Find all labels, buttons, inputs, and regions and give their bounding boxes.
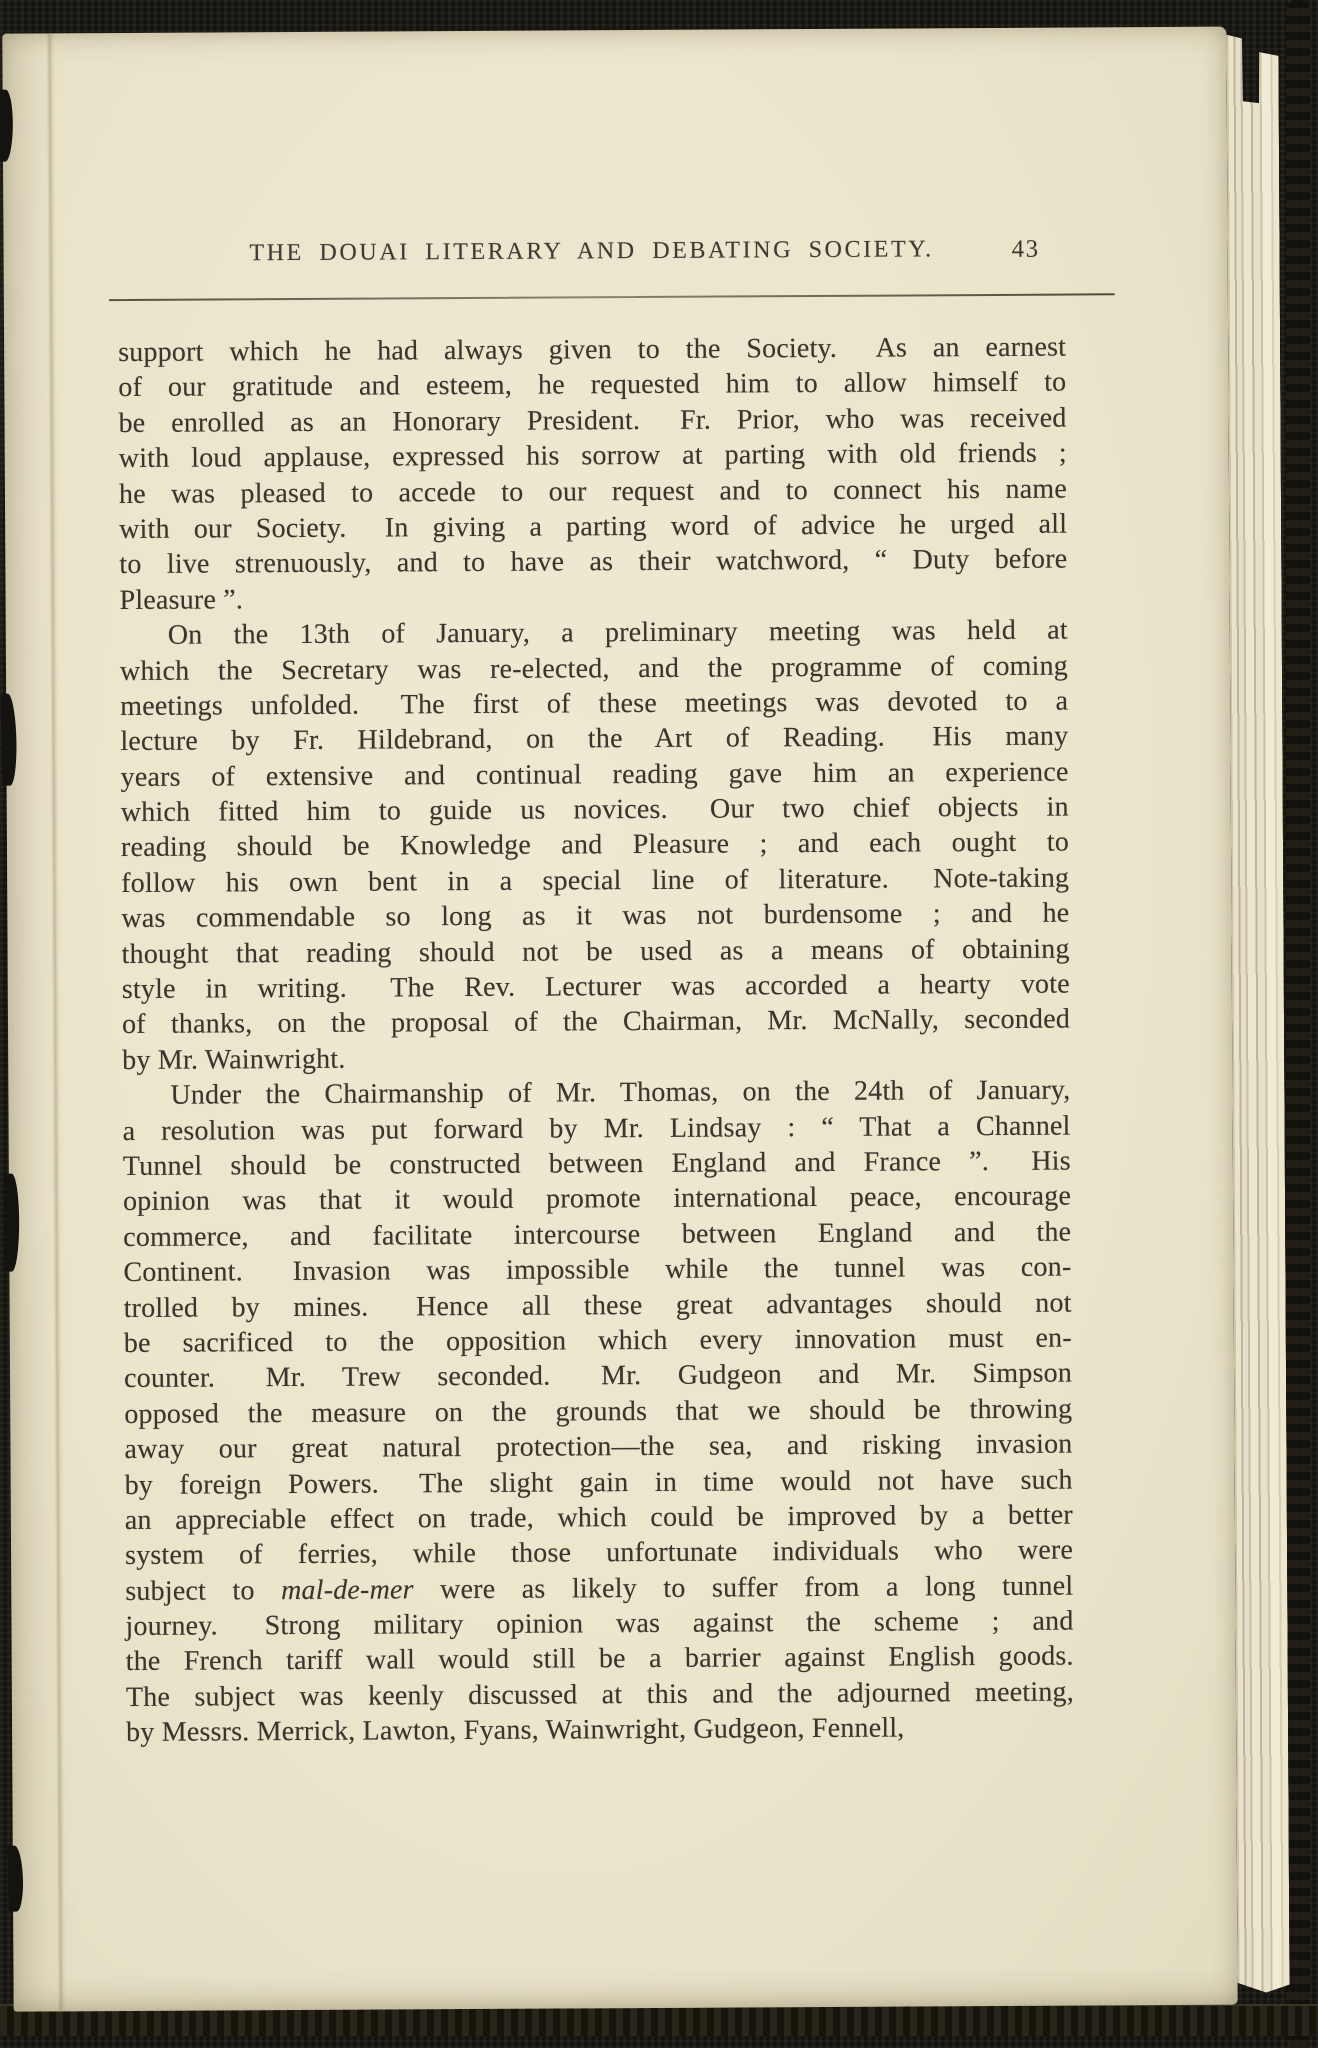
text-line: opinion was that it would promote intern… — [123, 1179, 1071, 1220]
text-segment: an appreciable effect on trade, which co… — [125, 1499, 1073, 1535]
text-segment: trolled by mines. Hence all these great … — [124, 1287, 1072, 1323]
text-segment: support which he had always given to the… — [118, 332, 1066, 368]
text-line: Under the Chairmanship of Mr. Thomas, on… — [122, 1073, 1070, 1114]
text-line: follow his own bent in a special line of… — [121, 860, 1069, 901]
text-segment: subject to — [125, 1575, 281, 1607]
text-segment: with loud applause, expressed his sorrow… — [119, 438, 1067, 474]
text-segment: of our gratitude and esteem, he requeste… — [118, 367, 1066, 403]
text-line: the French tariff wall would still be a … — [126, 1639, 1074, 1680]
book-page: THE DOUAI LITERARY AND DEBATING SOCIETY.… — [2, 27, 1237, 2012]
text-segment: style in writing. The Rev. Lecturer was … — [122, 969, 1070, 1005]
page-edge-shadow-mark — [0, 90, 13, 162]
text-segment: journey. Strong military opinion was aga… — [125, 1606, 1073, 1642]
text-segment: system of ferries, while those unfortuna… — [125, 1535, 1073, 1571]
text-segment: the French tariff wall would still be a … — [126, 1641, 1074, 1677]
text-segment: of thanks, on the proposal of the Chairm… — [122, 1004, 1070, 1040]
text-line: which the Secretary was re-elected, and … — [120, 648, 1068, 689]
text-line: was commendable so long as it was not bu… — [121, 896, 1069, 937]
text-segment: by Messrs. Merrick, Lawton, Fyans, Wainw… — [126, 1713, 905, 1748]
text-segment: Tunnel should be constructed between Eng… — [123, 1146, 1071, 1182]
text-segment: by Mr. Wainwright. — [122, 1044, 345, 1076]
text-line: subject to mal-de-mer were as likely to … — [125, 1568, 1073, 1609]
text-segment: follow his own bent in a special line of… — [121, 862, 1069, 898]
text-segment: opposed the measure on the grounds that … — [124, 1393, 1072, 1429]
text-line: away our great natural protection—the se… — [124, 1427, 1072, 1468]
text-line: commerce, and facilitate intercourse bet… — [123, 1214, 1071, 1255]
text-line: to live strenuously, and to have as thei… — [119, 542, 1067, 583]
text-line: years of extensive and continual reading… — [120, 754, 1068, 795]
text-line: thought that reading should not be used … — [122, 931, 1070, 972]
text-line: of thanks, on the proposal of the Chairm… — [122, 1002, 1070, 1043]
text-line: with loud applause, expressed his sorrow… — [119, 436, 1067, 477]
text-segment: lecture by Fr. Hildebrand, on the Art of… — [120, 721, 1068, 757]
text-segment: to live strenuously, and to have as thei… — [119, 544, 1067, 580]
page-edge-shadow-mark — [7, 1845, 24, 1911]
text-line: meetings unfolded. The first of these me… — [120, 683, 1068, 724]
text-line: with our Society. In giving a parting wo… — [119, 507, 1067, 548]
text-line: which fitted him to guide us novices. Ou… — [121, 790, 1069, 831]
text-line: counter. Mr. Trew seconded. Mr. Gudgeon … — [124, 1356, 1072, 1397]
text-line: Pleasure ”. — [119, 577, 1067, 618]
page-edge-shadow-mark — [4, 1174, 19, 1272]
text-segment: meetings unfolded. The first of these me… — [120, 685, 1068, 721]
header-rule — [109, 293, 1115, 301]
text-segment: a resolution was put forward by Mr. Lind… — [123, 1110, 1071, 1146]
text-line: an appreciable effect on trade, which co… — [125, 1497, 1073, 1538]
text-segment: with our Society. In giving a parting wo… — [119, 509, 1067, 545]
text-line: Tunnel should be constructed between Eng… — [123, 1144, 1071, 1185]
text-segment: which fitted him to guide us novices. Ou… — [121, 792, 1069, 828]
text-segment: was commendable so long as it was not bu… — [121, 898, 1069, 934]
text-line: journey. Strong military opinion was aga… — [125, 1604, 1073, 1645]
text-line: Continent. Invasion was impossible while… — [123, 1250, 1071, 1291]
text-line: opposed the measure on the grounds that … — [124, 1391, 1072, 1432]
text-segment: away our great natural protection—the se… — [124, 1429, 1072, 1465]
running-title: THE DOUAI LITERARY AND DEBATING SOCIETY. — [118, 236, 1066, 268]
text-segment: commerce, and facilitate intercourse bet… — [123, 1216, 1071, 1252]
text-segment: years of extensive and continual reading… — [121, 756, 1069, 792]
text-segment: thought that reading should not be used … — [122, 933, 1070, 969]
page-edge-shadow-mark — [0, 694, 17, 786]
text-segment: be sacrificed to the opposition which ev… — [124, 1322, 1072, 1358]
text-line: The subject was keenly discussed at this… — [126, 1674, 1074, 1715]
text-segment: opinion was that it would promote intern… — [123, 1181, 1071, 1217]
text-segment: he was pleased to accede to our request … — [119, 473, 1067, 509]
text-segment: counter. Mr. Trew seconded. Mr. Gudgeon … — [124, 1358, 1072, 1394]
text-segment: by foreign Powers. The slight gain in ti… — [125, 1464, 1073, 1500]
page-header: THE DOUAI LITERARY AND DEBATING SOCIETY.… — [118, 236, 1066, 275]
text-line: reading should be Knowledge and Pleasure… — [121, 825, 1069, 866]
text-segment: which the Secretary was re-elected, and … — [120, 650, 1068, 686]
text-segment: Under the Chairmanship of Mr. Thomas, on… — [170, 1075, 1070, 1111]
page-gutter-crease — [46, 33, 65, 2011]
text-line: be enrolled as an Honorary President. Fr… — [118, 400, 1066, 441]
text-line: trolled by mines. Hence all these great … — [124, 1285, 1072, 1326]
book-cover-right-edge — [1286, 0, 1310, 2048]
text-segment: be enrolled as an Honorary President. Fr… — [118, 402, 1066, 438]
text-segment: On the 13th of January, a preliminary me… — [168, 615, 1068, 651]
text-segment: were as likely to suffer from a long tun… — [414, 1570, 1074, 1605]
text-line: by Messrs. Merrick, Lawton, Fyans, Wainw… — [126, 1710, 1074, 1751]
text-line: style in writing. The Rev. Lecturer was … — [122, 967, 1070, 1008]
text-line: by foreign Powers. The slight gain in ti… — [125, 1462, 1073, 1503]
open-book: THE DOUAI LITERARY AND DEBATING SOCIETY.… — [2, 26, 1285, 2011]
text-line: be sacrificed to the opposition which ev… — [124, 1320, 1072, 1361]
text-segment: The subject was keenly discussed at this… — [126, 1676, 1074, 1712]
text-line: system of ferries, while those unfortuna… — [125, 1533, 1073, 1574]
text-segment: Continent. Invasion was impossible while… — [123, 1252, 1071, 1288]
text-line: he was pleased to accede to our request … — [119, 471, 1067, 512]
text-line: a resolution was put forward by Mr. Lind… — [123, 1108, 1071, 1149]
page-text: support which he had always given to the… — [118, 330, 1074, 1751]
scanned-book-photo: THE DOUAI LITERARY AND DEBATING SOCIETY.… — [0, 0, 1318, 2048]
text-segment: Pleasure ”. — [119, 584, 243, 616]
page-number: 43 — [1011, 236, 1039, 264]
text-line: support which he had always given to the… — [118, 330, 1066, 371]
text-line: On the 13th of January, a preliminary me… — [120, 613, 1068, 654]
text-line: of our gratitude and esteem, he requeste… — [118, 365, 1066, 406]
text-line: lecture by Fr. Hildebrand, on the Art of… — [120, 719, 1068, 760]
text-line: by Mr. Wainwright. — [122, 1037, 1070, 1078]
italic-phrase: mal-de-mer — [281, 1574, 414, 1606]
text-segment: reading should be Knowledge and Pleasure… — [121, 827, 1069, 863]
